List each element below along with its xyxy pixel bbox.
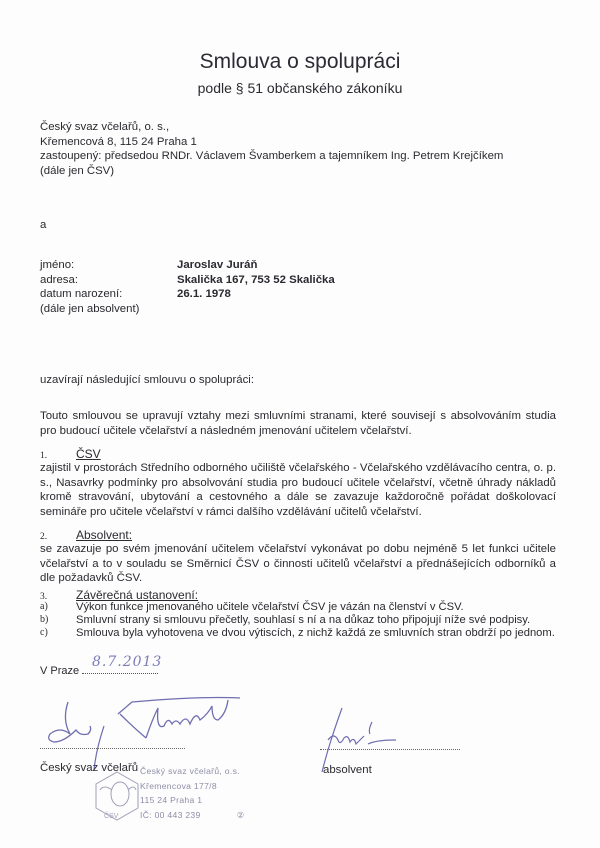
preamble: Touto smlouvou se upravují vztahy mezi s… <box>40 409 556 438</box>
field-birthdate: datum narození: 26.1. 1978 <box>40 287 335 302</box>
section-2-body: se zavazuje po svém jmenování učitelem v… <box>40 542 556 586</box>
field-value: Skalička 167, 753 52 Skalička <box>177 273 335 288</box>
bee-stamp-logo-icon: ČSV <box>92 770 142 822</box>
party-name: Český svaz včelařů, o. s., <box>40 120 503 135</box>
csv-signature-line <box>40 748 185 749</box>
party-representatives: zastoupený: předsedou RNDr. Václavem Šva… <box>40 149 503 164</box>
document-subtitle: podle § 51 občanského zákoníku <box>0 80 600 96</box>
list-item: c) Smlouva byla vyhotovena ve dvou výtis… <box>40 627 555 640</box>
stamp-line: Český svaz včelařů, o.s. <box>140 764 245 779</box>
item-text: Smluvní strany si smlouvu přečetly, souh… <box>76 614 530 627</box>
field-value: Jaroslav Juráň <box>177 258 257 273</box>
item-text: Výkon funkce jmenovaného učitele včelařs… <box>76 601 464 614</box>
organization-stamp: Český svaz včelařů, o.s. Křemencova 177/… <box>140 764 245 822</box>
field-value: 26.1. 1978 <box>177 287 231 302</box>
party-address: Křemencová 8, 115 24 Praha 1 <box>40 135 503 150</box>
field-label: datum narození: <box>40 287 177 302</box>
field-label: adresa: <box>40 273 177 288</box>
csv-signatures <box>40 690 290 770</box>
stamp-line: IČ: 00 443 239② <box>140 808 245 823</box>
absolvent-signature-line <box>320 749 460 750</box>
handwritten-date: 8.7.2013 <box>92 654 162 670</box>
party-absolvent-block: jméno: Jaroslav Juráň adresa: Skalička 1… <box>40 258 335 316</box>
item-letter: c) <box>40 627 76 640</box>
party-alias: (dále jen ČSV) <box>40 164 503 179</box>
list-item: b) Smluvní strany si smlouvu přečetly, s… <box>40 614 555 627</box>
place-label: V Praze <box>40 665 79 677</box>
stamp-line: 115 24 Praha 1 <box>140 793 245 808</box>
item-letter: b) <box>40 614 76 627</box>
stamp-line: Křemencova 177/8 <box>140 779 245 794</box>
section-1-body: zajistil v prostorách Středního odbornéh… <box>40 461 556 519</box>
item-letter: a) <box>40 601 76 614</box>
document-title: Smlouva o spolupráci <box>0 50 600 74</box>
party-alias: (dále jen absolvent) <box>40 302 335 317</box>
field-name: jméno: Jaroslav Juráň <box>40 258 335 273</box>
item-text: Smlouva byla vyhotovena ve dvou výtiscíc… <box>76 627 555 640</box>
field-address: adresa: Skalička 167, 753 52 Skalička <box>40 273 335 288</box>
party-csv-block: Český svaz včelařů, o. s., Křemencová 8,… <box>40 120 503 178</box>
absolvent-signatory-label: absolvent <box>323 764 372 776</box>
field-label: jméno: <box>40 258 177 273</box>
section-title: ČSV <box>76 447 101 462</box>
conjunction: a <box>40 218 46 233</box>
list-item: a) Výkon funkce jmenovaného učitele včel… <box>40 601 555 614</box>
section-3-list: a) Výkon funkce jmenovaného učitele včel… <box>40 601 555 641</box>
svg-text:ČSV: ČSV <box>104 811 119 820</box>
section-title: Absolvent: <box>76 528 132 543</box>
intro-text: uzavírají následující smlouvu o spoluprá… <box>40 373 254 388</box>
